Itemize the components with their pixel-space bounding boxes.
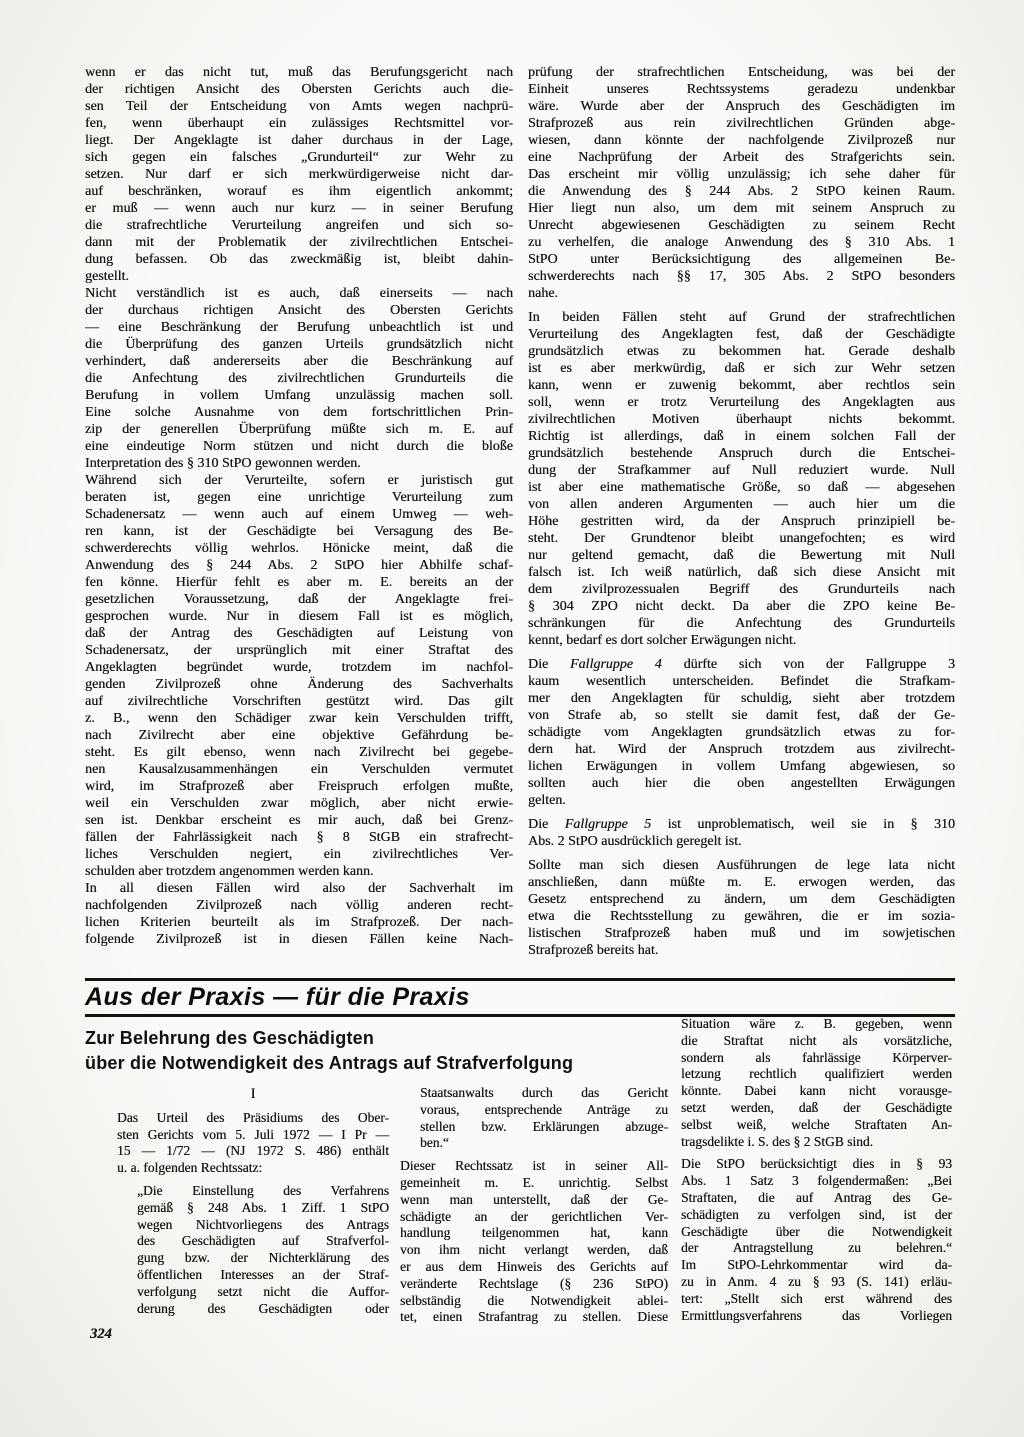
page-number: 324 <box>90 1326 112 1343</box>
text-line: daß der Antrag des Geschädigten auf Leis… <box>85 625 513 642</box>
article-title-line-2: über die Notwendigkeit des Antrags auf S… <box>85 1051 685 1076</box>
quoted-paragraph: Staatsanwalts durch das Gerichtvoraus, e… <box>400 1085 668 1152</box>
text-line: Berufung in vollem Umfang unzulässig mac… <box>85 387 513 404</box>
text-line: setzen. Nur darf er sich merkwürdigerwei… <box>85 166 513 183</box>
main-left-column: wenn er das nicht tut, muß das Berufungs… <box>85 64 513 948</box>
text-line: schädigte vom Angeklagten grundsätzlich … <box>528 724 955 741</box>
text-line: zivilrechtlichen Motiven überhaupt nicht… <box>528 411 955 428</box>
text-line: — eine Beschränkung der Berufung unbeach… <box>85 319 513 336</box>
article-column-1: I Das Urteil des Präsidiums des Ober-ste… <box>117 1086 389 1317</box>
text-line: Strafprozeß bereits hat. <box>528 942 955 959</box>
text-line: dem zivilprozessualen Begriff des Grundu… <box>528 581 955 598</box>
text-line: fen könne. Hierfür fehlt es aber m. E. b… <box>85 574 513 591</box>
section-banner-title: Aus der Praxis — für die Praxis <box>85 984 955 1010</box>
text-line: derung des Geschädigten oder <box>137 1301 389 1318</box>
text-line: schwerderechts völlig wehrlos. Hönicke m… <box>85 540 513 557</box>
text-line: nachfolgenden Zivilprozeß nach völlig an… <box>85 897 513 914</box>
text-line: Schadenersatz — wenn auch auf einem Umwe… <box>85 506 513 523</box>
text-line: lichen Erwägungen in vollem Umfang abgew… <box>528 758 955 775</box>
text-line: kennt, bedarf es dort solcher Erwägungen… <box>528 632 955 649</box>
text-line: tet, einen Strafantrag zu stellen. Diese <box>400 1309 668 1326</box>
text-line: letzung rechtlich qualifiziert werden <box>681 1066 952 1083</box>
text-line: stellen bzw. Erklärungen abzuge- <box>420 1119 668 1136</box>
text-line: schulden aber trotzdem angenommen werden… <box>85 863 513 880</box>
article-title-line-1: Zur Belehrung des Geschädigten <box>85 1026 685 1051</box>
text-line: nen Kausalzusammenhängen ein Verschulden… <box>85 761 513 778</box>
paragraph: Situation wäre z. B. gegeben, wenndie St… <box>681 1016 952 1150</box>
text-line: er aus dem Hinweis des Gerichts auf <box>400 1259 668 1276</box>
text-line: liches Verschulden negiert, ein zivilrec… <box>85 846 513 863</box>
paragraph: Das Urteil des Präsidiums des Ober-sten … <box>117 1110 389 1177</box>
text-line: ren kann, ist der Geschädigte bei Versag… <box>85 523 513 540</box>
text-line: Das Urteil des Präsidiums des Ober- <box>117 1110 389 1127</box>
text-line: Verurteilung des Angeklagten fest, daß d… <box>528 326 955 343</box>
article-column-3: Situation wäre z. B. gegeben, wenndie St… <box>681 1016 952 1324</box>
text-line: ist es aber merkwürdig, daß er sich zur … <box>528 360 955 377</box>
section-marker-roman-numeral: I <box>117 1086 389 1103</box>
paragraph: Während sich der Verurteilte, sofern er … <box>85 472 513 880</box>
text-line: gesprochen wurde. Nur in diesem Fall ist… <box>85 608 513 625</box>
journal-page: wenn er das nicht tut, muß das Berufungs… <box>0 0 1024 1437</box>
paragraph: Die Fallgruppe 5 ist unproblematisch, we… <box>528 816 955 850</box>
article-column-2: Staatsanwalts durch das Gerichtvoraus, e… <box>400 1085 668 1326</box>
text-line: lichen Kriterien beurteilt als im Strafp… <box>85 914 513 931</box>
text-line: Sollte man sich diesen Ausführungen de l… <box>528 857 955 874</box>
text-line: Gesetz entsprechend zu ändern, um dem Ge… <box>528 891 955 908</box>
text-line: „Die Einstellung des Verfahrens <box>137 1183 389 1200</box>
text-line: Richtig ist allerdings, daß in einem sol… <box>528 428 955 445</box>
text-line: steht. Es gilt ebenso, wenn nach Zivilre… <box>85 744 513 761</box>
text-line: die Anwendung des § 244 Abs. 2 StPO kein… <box>528 183 955 200</box>
text-line: gung bzw. der Nichterklärung des <box>137 1250 389 1267</box>
text-line: sondern als fahrlässige Körperver- <box>681 1050 952 1067</box>
text-line: weil ein Verschulden zwar möglich, aber … <box>85 795 513 812</box>
text-line: eine eindeutige Norm stützen und nicht d… <box>85 438 513 455</box>
text-line: genden Zivilprozeß ohne Änderung des Sac… <box>85 676 513 693</box>
text-line: könnte. Dabei kann nicht vorausge- <box>681 1083 952 1100</box>
paragraph: wenn er das nicht tut, muß das Berufungs… <box>85 64 513 285</box>
text-line: Die Fallgruppe 4 dürfte sich von der Fal… <box>528 656 955 673</box>
text-line: Unrecht abgewiesenen Geschädigten zu sei… <box>528 217 955 234</box>
text-line: gemeinheit m. E. unrichtig. Selbst <box>400 1175 668 1192</box>
text-line: Angeklagten begründet wurde, trotzdem im… <box>85 659 513 676</box>
text-line: nur geltend gemacht, daß die Bewertung m… <box>528 547 955 564</box>
text-line: anschließen, dann müßte m. E. erwogen we… <box>528 874 955 891</box>
text-line: schränkungen für die Anfechtung des Grun… <box>528 615 955 632</box>
text-line: gelten. <box>528 792 955 809</box>
text-line: nahe. <box>528 285 955 302</box>
text-line: liegt. Der Angeklagte ist daher durchaus… <box>85 132 513 149</box>
text-line: Hier liegt nun also, um dem mit seinem A… <box>528 200 955 217</box>
text-line: nach Zivilrecht aber eine objektive Gefä… <box>85 727 513 744</box>
article-column-1-text: Das Urteil des Präsidiums des Ober-sten … <box>117 1110 389 1318</box>
text-line: 15 — 1/72 — (NJ 1972 S. 486) enthält <box>117 1143 389 1160</box>
text-line: die Straftat nicht als vorsätzliche, <box>681 1033 952 1050</box>
text-line: Geschädigte über die Notwendigkeit <box>681 1224 952 1241</box>
text-line: selbst weiß, welche Straftaten An- <box>681 1117 952 1134</box>
text-line: voraus, entsprechende Anträge zu <box>420 1102 668 1119</box>
text-line: Straftaten, die auf Antrag des Ge- <box>681 1190 952 1207</box>
text-line: gestellt. <box>85 268 513 285</box>
text-line: er muß — wenn auch nur kurz — in seiner … <box>85 200 513 217</box>
text-line: Dieser Rechtssatz ist in seiner All- <box>400 1158 668 1175</box>
text-line: tert: „Stellt sich erst während des <box>681 1291 952 1308</box>
text-line: Ermittlungsverfahrens das Vorliegen <box>681 1308 952 1325</box>
text-line: fen, wenn überhaupt ein zulässiges Recht… <box>85 115 513 132</box>
quoted-paragraph: „Die Einstellung des Verfahrensgemäß § 2… <box>117 1183 389 1317</box>
paragraph: Sollte man sich diesen Ausführungen de l… <box>528 857 955 959</box>
text-line: Schadenersatz, der ursprünglich mit eine… <box>85 642 513 659</box>
text-line: Höhe gestritten wird, da der Anspruch pr… <box>528 513 955 530</box>
text-line: sich gegen ein falsches „Grundurteil“ zu… <box>85 149 513 166</box>
text-line: verhindert, daß andererseits aber die Be… <box>85 353 513 370</box>
text-line: dern hat. Wird der Anspruch trotzdem aus… <box>528 741 955 758</box>
article-title: Zur Belehrung des Geschädigten über die … <box>85 1026 685 1076</box>
text-line: fällen der Fahrlässigkeit nach § 8 StGB … <box>85 829 513 846</box>
text-line: eine Nachprüfung der Arbeit des Strafger… <box>528 149 955 166</box>
text-line: wegen Nichtvorliegens des Antrags <box>137 1217 389 1234</box>
text-line: folgende Zivilprozeß ist in diesen Fälle… <box>85 931 513 948</box>
paragraph: In all diesen Fällen wird also der Sachv… <box>85 880 513 948</box>
paragraph: Die Fallgruppe 4 dürfte sich von der Fal… <box>528 656 955 809</box>
text-line: von Strafe ab, so stellt sie damit fest,… <box>528 707 955 724</box>
paragraph: In beiden Fällen steht auf Grund der str… <box>528 309 955 649</box>
text-line: sten Gerichts vom 5. Juli 1972 — I Pr — <box>117 1127 389 1144</box>
text-line: schädigten zu verfolgen sind, ist der <box>681 1207 952 1224</box>
text-line: gesetzlichen Voraussetzung, daß der Ange… <box>85 591 513 608</box>
text-line: wenn man unterstellt, daß der Ge- <box>400 1192 668 1209</box>
text-line: Die Fallgruppe 5 ist unproblematisch, we… <box>528 816 955 833</box>
text-line: u. a. folgenden Rechtssatz: <box>117 1160 389 1177</box>
text-line: schwerderechts nach §§ 17, 305 Abs. 2 St… <box>528 268 955 285</box>
text-line: Abs. 2 StPO ausdrücklich geregelt ist. <box>528 833 955 850</box>
text-line: gemäß § 248 Abs. 1 Ziff. 1 StPO <box>137 1200 389 1217</box>
text-line: zu in Anm. 4 zu § 93 (S. 141) erläu- <box>681 1274 952 1291</box>
text-line: kann, wenn er zuwenig bekommt, aber rech… <box>528 377 955 394</box>
section-banner: Aus der Praxis — für die Praxis <box>85 978 955 1017</box>
text-line: zip der generellen Überprüfung müßte sic… <box>85 421 513 438</box>
text-line: ben.“ <box>420 1135 668 1152</box>
text-line: wird, im Strafprozeß aber Freispruch erf… <box>85 778 513 795</box>
text-line: soll, wenn er trotz Verurteilung des Ang… <box>528 394 955 411</box>
text-line: beraten ist, gegen eine unrichtige Verur… <box>85 489 513 506</box>
text-line: die Überprüfung des ganzen Urteils grund… <box>85 336 513 353</box>
text-line: sollten auch hier die oben angestellten … <box>528 775 955 792</box>
text-line: von ihm nicht verlangt werden, daß <box>400 1242 668 1259</box>
text-line: wenn er das nicht tut, muß das Berufungs… <box>85 64 513 81</box>
text-line: dann mit der Problematik der zivilrechtl… <box>85 234 513 251</box>
text-line: des Geschädigten auf Strafverfol- <box>137 1233 389 1250</box>
text-line: In beiden Fällen steht auf Grund der str… <box>528 309 955 326</box>
text-line: auf zivilrechtliche Vorschriften gestütz… <box>85 693 513 710</box>
text-line: prüfung der strafrechtlichen Entscheidun… <box>528 64 955 81</box>
text-line: § 304 ZPO nicht deckt. Da aber die ZPO k… <box>528 598 955 615</box>
text-line: z. B., wenn den Schädiger zwar kein Vers… <box>85 710 513 727</box>
text-line: selbständig die Notwendigkeit ablei- <box>400 1293 668 1310</box>
text-line: Staatsanwalts durch das Gericht <box>420 1085 668 1102</box>
text-line: auf beschränken, worauf es ihm eigentlic… <box>85 183 513 200</box>
text-line: Abs. 1 Satz 3 folgendermaßen: „Bei <box>681 1173 952 1190</box>
paragraph: prüfung der strafrechtlichen Entscheidun… <box>528 64 955 302</box>
text-line: Anwendung des § 244 Abs. 2 StPO hier Abh… <box>85 557 513 574</box>
text-line: grundsätzlich etwas zu bekommen hat. Ger… <box>528 343 955 360</box>
text-line: wiesen, dann könnte der nachfolgende Ziv… <box>528 132 955 149</box>
text-line: der Antragstellung zu belehren.“ <box>681 1240 952 1257</box>
text-line: handlung teilgenommen hat, kann <box>400 1225 668 1242</box>
text-line: dung befassen. Ob das zweckmäßig ist, bl… <box>85 251 513 268</box>
paragraph: Nicht verständlich ist es auch, daß eine… <box>85 285 513 472</box>
text-line: der richtigen Ansicht des Obersten Geric… <box>85 81 513 98</box>
text-line: setzt werden, daß der Geschädigte <box>681 1100 952 1117</box>
text-line: Während sich der Verurteilte, sofern er … <box>85 472 513 489</box>
text-line: ist aber eine mathematische Größe, so da… <box>528 479 955 496</box>
text-line: Im StPO-Lehrkommentar wird da- <box>681 1257 952 1274</box>
text-line: zu verhelfen, die analoge Anwendung des … <box>528 234 955 251</box>
text-line: In all diesen Fällen wird also der Sachv… <box>85 880 513 897</box>
text-line: StPO unter Berücksichtigung des allgemei… <box>528 251 955 268</box>
text-line: Das erscheint mir völlig unzulässig; ich… <box>528 166 955 183</box>
paragraph: Die StPO berücksichtigt dies in § 93Abs.… <box>681 1156 952 1324</box>
text-line: Die StPO berücksichtigt dies in § 93 <box>681 1156 952 1173</box>
text-line: etwa die Rechtsstellung zu gewähren, die… <box>528 908 955 925</box>
text-line: mer den Angeklagten für schuldig, sieht … <box>528 690 955 707</box>
text-line: die Anfechtung des zivilrechtlichen Grun… <box>85 370 513 387</box>
text-line: verfolgung setzt nicht die Auffor- <box>137 1284 389 1301</box>
text-line: der durchaus richtigen Ansicht des Obers… <box>85 302 513 319</box>
text-line: Strafprozeß aus rein zivilrechtlichen Gr… <box>528 115 955 132</box>
text-line: Einheit unseres Rechtssystems geradezu u… <box>528 81 955 98</box>
text-line: von allen anderen Argumenten — auch hier… <box>528 496 955 513</box>
text-line: die strafrechtliche Verurteilung angreif… <box>85 217 513 234</box>
text-line: kaum wesentlich unterscheiden. Befindet … <box>528 673 955 690</box>
text-line: sen ist. Denkbar erscheint es mir auch, … <box>85 812 513 829</box>
paragraph: Dieser Rechtssatz ist in seiner All-geme… <box>400 1158 668 1326</box>
text-line: sen Teil der Entscheidung von Amts wegen… <box>85 98 513 115</box>
text-line: veränderte Rechtslage (§ 236 StPO) <box>400 1276 668 1293</box>
text-line: steht. Der Grundtenor bleibt unangefocht… <box>528 530 955 547</box>
text-line: falsch ist. Ich weiß natürlich, daß sich… <box>528 564 955 581</box>
text-line: Interpretation des § 310 StPO gewonnen w… <box>85 455 513 472</box>
text-line: grundsätzlich bestehende Anspruch durch … <box>528 445 955 462</box>
text-line: Eine solche Ausnahme von dem fortschritt… <box>85 404 513 421</box>
text-line: listischen Strafprozeß haben muß und im … <box>528 925 955 942</box>
text-line: wäre. Wurde aber der Anspruch des Geschä… <box>528 98 955 115</box>
text-line: tragsdelikte i. S. des § 2 StGB sind. <box>681 1134 952 1151</box>
text-line: schädigte an der gerichtlichen Ver- <box>400 1209 668 1226</box>
main-right-column: prüfung der strafrechtlichen Entscheidun… <box>528 64 955 959</box>
text-line: Situation wäre z. B. gegeben, wenn <box>681 1016 952 1033</box>
text-line: öffentlichen Interesses an der Straf- <box>137 1267 389 1284</box>
text-line: dung der Strafkammer auf Null reduziert … <box>528 462 955 479</box>
text-line: Nicht verständlich ist es auch, daß eine… <box>85 285 513 302</box>
